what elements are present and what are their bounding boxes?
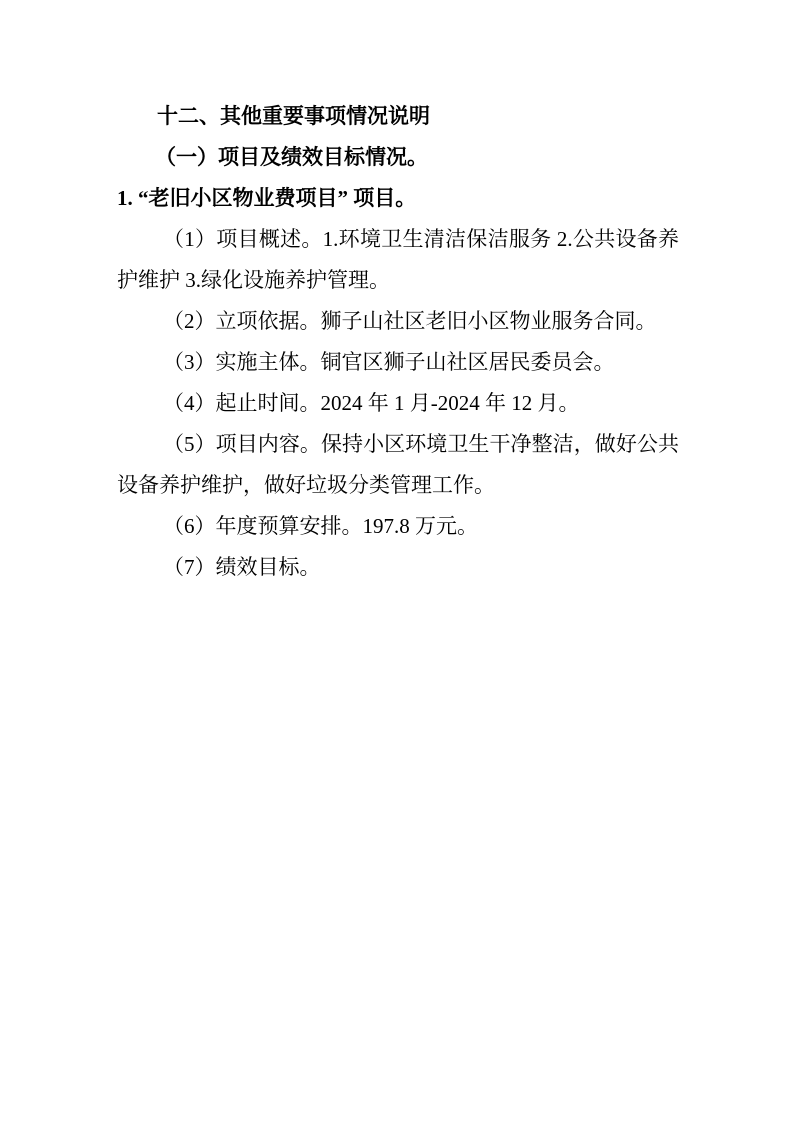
document-page: 十二、其他重要事项情况说明 （一）项目及绩效目标情况。 1. “老旧小区物业费项… — [0, 0, 793, 1122]
section-heading: 十二、其他重要事项情况说明 — [117, 96, 679, 137]
paragraph-annual-budget: （6）年度预算安排。197.8 万元。 — [117, 506, 679, 547]
paragraph-approval-basis: （2）立项依据。狮子山社区老旧小区物业服务合同。 — [117, 301, 679, 342]
document-text-block: 十二、其他重要事项情况说明 （一）项目及绩效目标情况。 1. “老旧小区物业费项… — [117, 96, 679, 588]
paragraph-project-overview: （1）项目概述。1.环境卫生清洁保洁服务 2.公共设备养护维护 3.绿化设施养护… — [117, 219, 679, 301]
paragraph-implementing-body: （3）实施主体。铜官区狮子山社区居民委员会。 — [117, 342, 679, 383]
paragraph-performance-target: （7）绩效目标。 — [117, 547, 679, 588]
paragraph-time-period: （4）起止时间。2024 年 1 月-2024 年 12 月。 — [117, 383, 679, 424]
paragraph-project-content: （5）项目内容。保持小区环境卫生干净整洁，做好公共设备养护维护，做好垃圾分类管理… — [117, 424, 679, 506]
project-title-heading: 1. “老旧小区物业费项目” 项目。 — [117, 178, 679, 219]
subsection-heading: （一）项目及绩效目标情况。 — [117, 137, 679, 178]
